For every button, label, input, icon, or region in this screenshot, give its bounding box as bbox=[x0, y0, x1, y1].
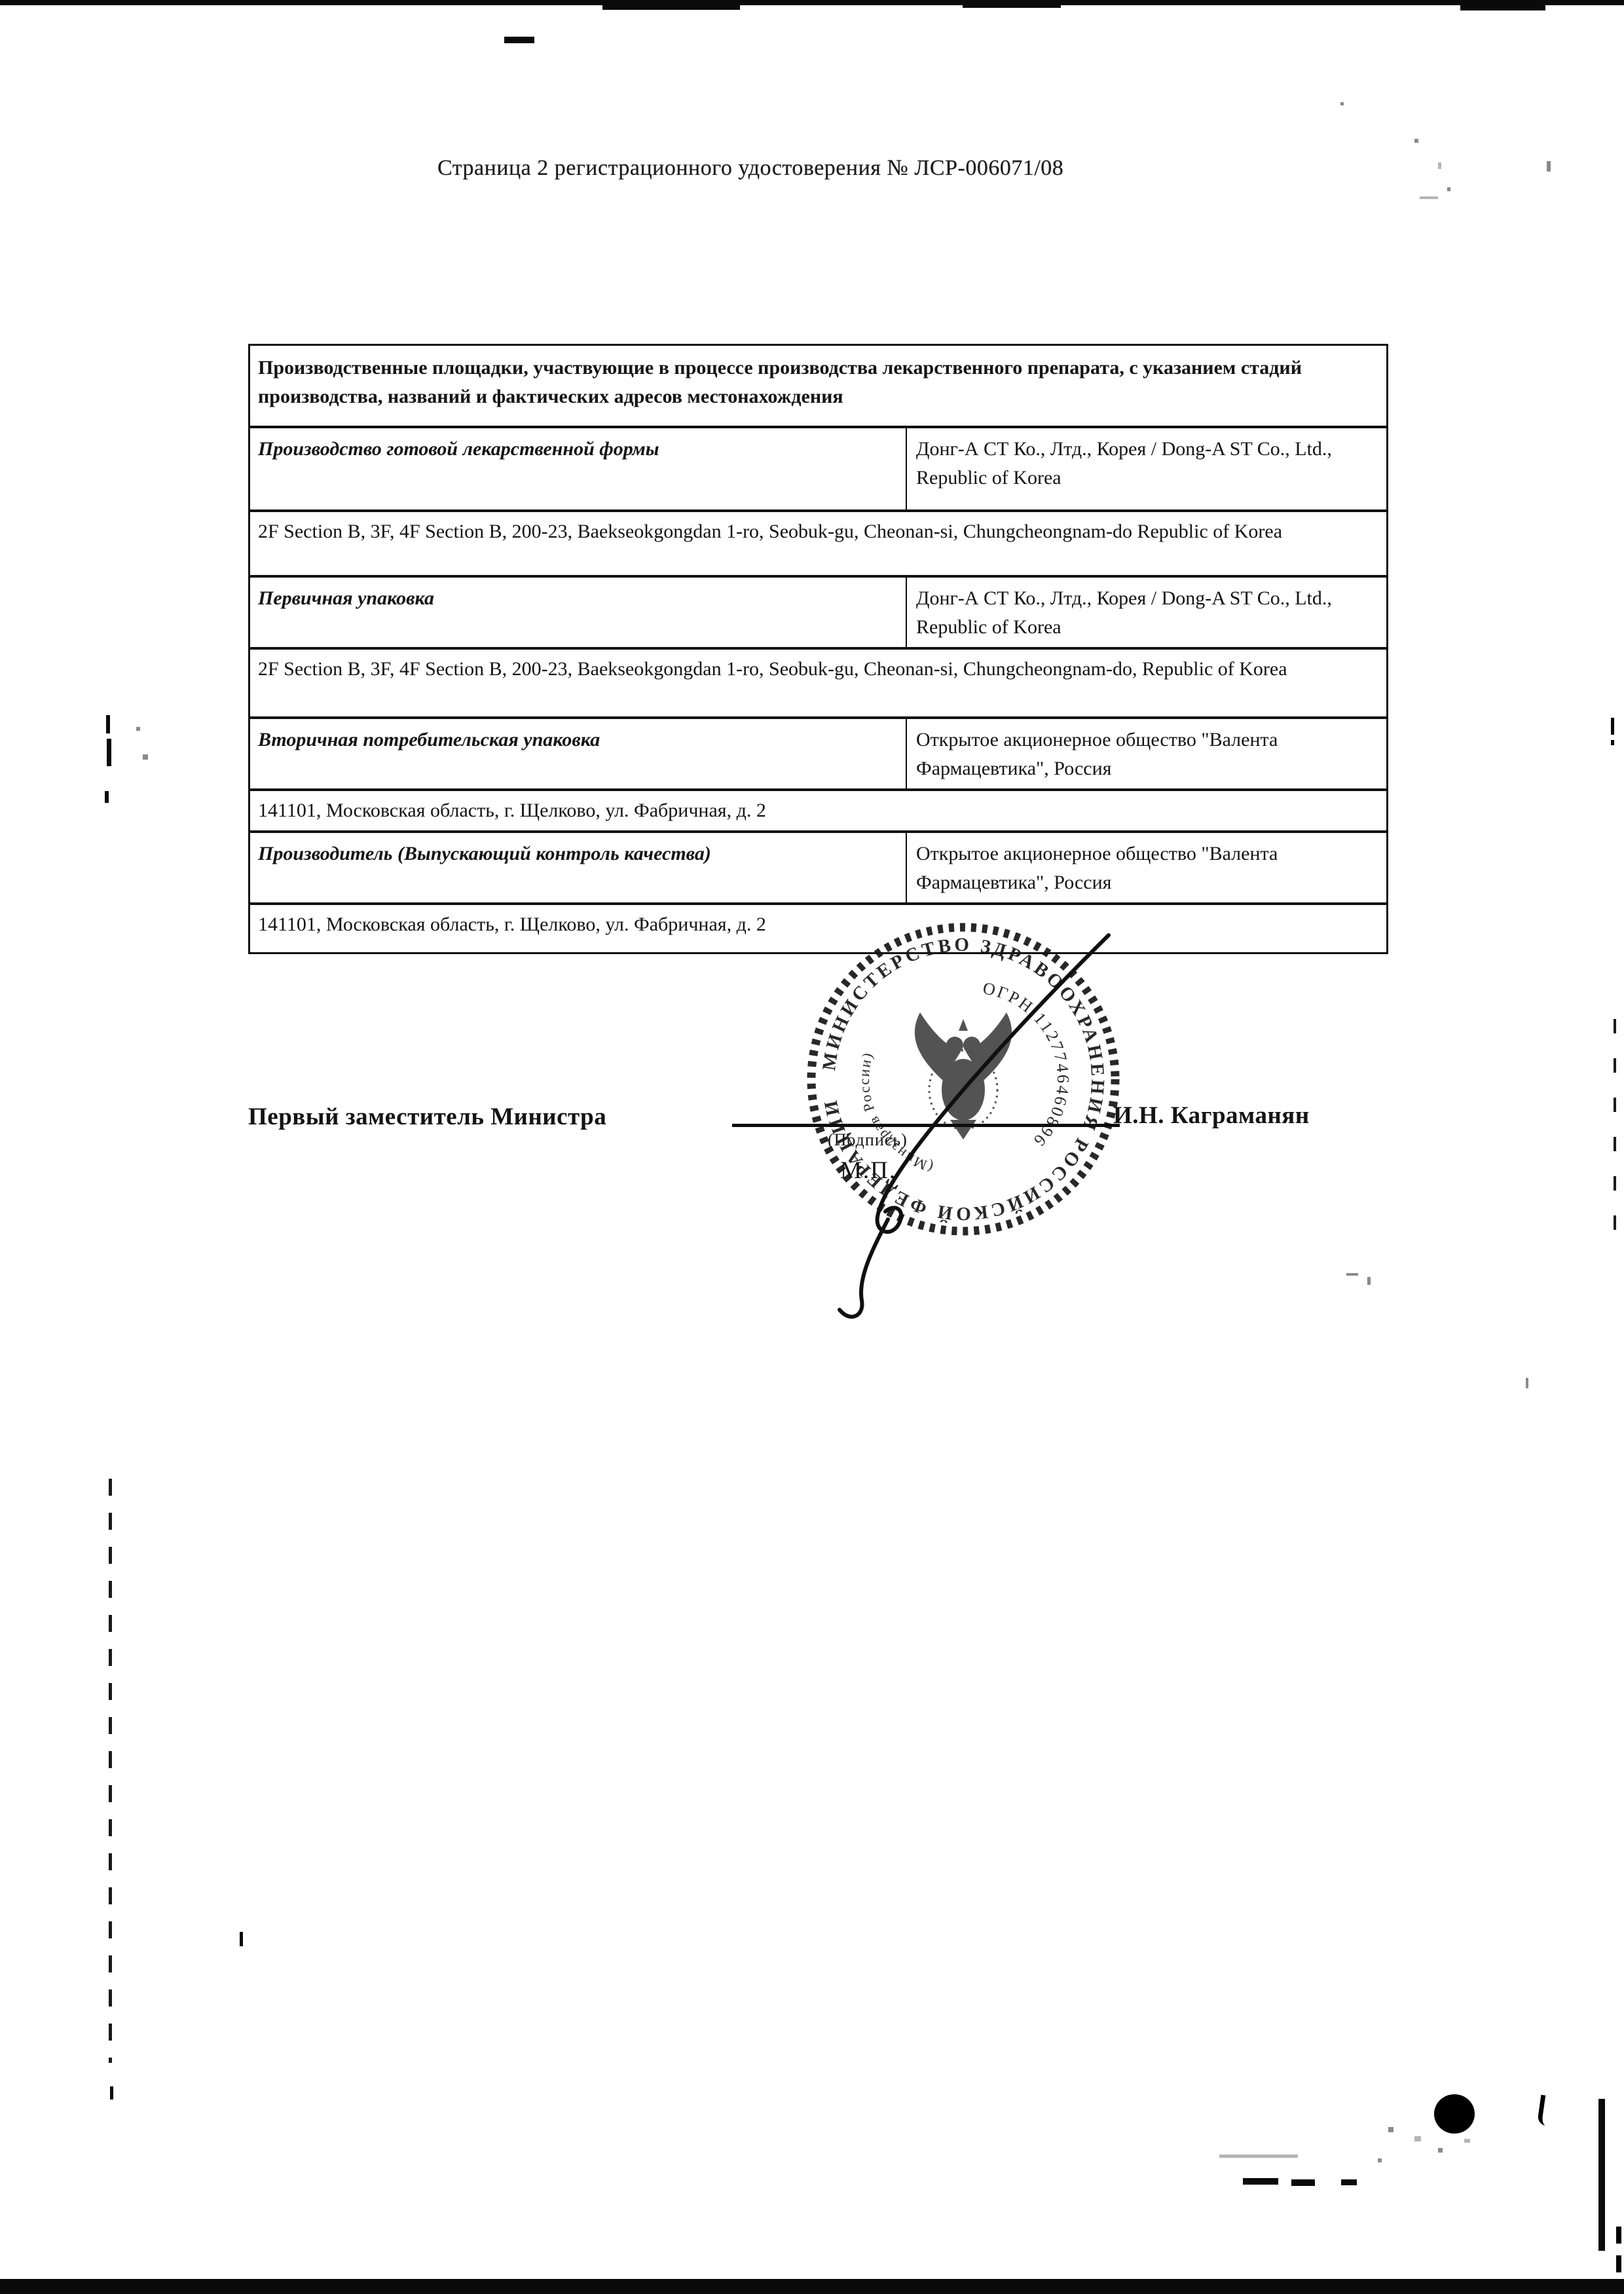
scan-artifact bbox=[1611, 740, 1614, 745]
scan-artifact bbox=[105, 791, 109, 803]
scan-artifact bbox=[107, 739, 111, 766]
handwritten-signature bbox=[753, 904, 1172, 1349]
scan-artifact bbox=[1378, 2158, 1382, 2162]
scan-edge-top bbox=[0, 0, 1624, 5]
manufacturer-value: Донг-А СТ Ко., Лтд., Корея / Dong-A ST C… bbox=[907, 428, 1386, 509]
production-sites-table: Производственные площадки, участвующие в… bbox=[248, 344, 1388, 954]
scan-artifact bbox=[1340, 102, 1344, 105]
scan-artifact bbox=[602, 0, 740, 10]
scan-artifact bbox=[1438, 162, 1441, 169]
scan-artifact bbox=[1464, 2139, 1470, 2143]
table-row-address: 2F Section B, 3F, 4F Section B, 200-23, … bbox=[250, 647, 1386, 716]
scan-artifact bbox=[1414, 2136, 1421, 2141]
manufacturer-value: Открытое акционерное общество "Валента Ф… bbox=[907, 719, 1386, 788]
table-row: Производство готовой лекарственной формы… bbox=[250, 426, 1386, 509]
scan-artifact bbox=[1243, 2178, 1278, 2185]
scan-artifact bbox=[1547, 161, 1551, 172]
scan-artifact bbox=[106, 715, 110, 733]
table-row: Производитель (Выпускающий контроль каче… bbox=[250, 830, 1386, 902]
scan-artifact bbox=[109, 1479, 112, 2063]
scanned-document-page: Страница 2 регистрационного удостоверени… bbox=[0, 0, 1624, 2294]
table-row-address: 2F Section B, 3F, 4F Section B, 200-23, … bbox=[250, 509, 1386, 575]
scan-artifact bbox=[110, 2086, 113, 2100]
table-header: Производственные площадки, участвующие в… bbox=[250, 346, 1386, 426]
scan-artifact bbox=[1367, 1277, 1371, 1285]
scan-artifact bbox=[963, 0, 1061, 8]
table-row-address: 141101, Московская область, г. Щелково, … bbox=[250, 788, 1386, 830]
scan-artifact bbox=[1420, 196, 1438, 199]
scan-artifact bbox=[1346, 1273, 1358, 1276]
scan-artifact bbox=[1447, 187, 1450, 191]
scan-artifact bbox=[1460, 0, 1545, 10]
scan-artifact bbox=[1438, 2148, 1443, 2153]
signatory-position: Первый заместитель Министра bbox=[248, 1103, 606, 1131]
manufacturer-value: Открытое акционерное общество "Валента Ф… bbox=[907, 833, 1386, 902]
stage-label: Вторичная потребительская упаковка bbox=[250, 719, 907, 788]
scan-artifact bbox=[1537, 2095, 1556, 2127]
scan-artifact bbox=[504, 37, 534, 43]
scan-artifact bbox=[1219, 2155, 1298, 2158]
stage-label: Первичная упаковка bbox=[250, 578, 907, 647]
manufacturer-value: Донг-А СТ Ко., Лтд., Корея / Dong-A ST C… bbox=[907, 578, 1386, 647]
scan-artifact bbox=[1414, 139, 1418, 143]
scan-artifact bbox=[1341, 2179, 1357, 2185]
scan-artifact bbox=[1291, 2179, 1315, 2186]
scan-artifact bbox=[1388, 2127, 1393, 2132]
table-row: Первичная упаковка Донг-А СТ Ко., Лтд., … bbox=[250, 575, 1386, 647]
stage-label: Производство готовой лекарственной формы bbox=[250, 428, 907, 509]
scan-ink-dot bbox=[1434, 2094, 1475, 2134]
table-row: Вторичная потребительская упаковка Откры… bbox=[250, 716, 1386, 788]
scan-artifact bbox=[1526, 1378, 1528, 1388]
scan-artifact bbox=[240, 1932, 243, 1946]
scan-edge-bottom bbox=[0, 2279, 1624, 2294]
page-title: Страница 2 регистрационного удостоверени… bbox=[437, 156, 1289, 181]
scan-artifact bbox=[1611, 718, 1614, 735]
stage-label: Производитель (Выпускающий контроль каче… bbox=[250, 833, 907, 902]
scan-artifact bbox=[136, 727, 140, 731]
scan-artifact bbox=[1598, 2099, 1605, 2251]
scan-artifact bbox=[143, 754, 148, 760]
scan-artifact bbox=[1614, 1019, 1616, 1235]
